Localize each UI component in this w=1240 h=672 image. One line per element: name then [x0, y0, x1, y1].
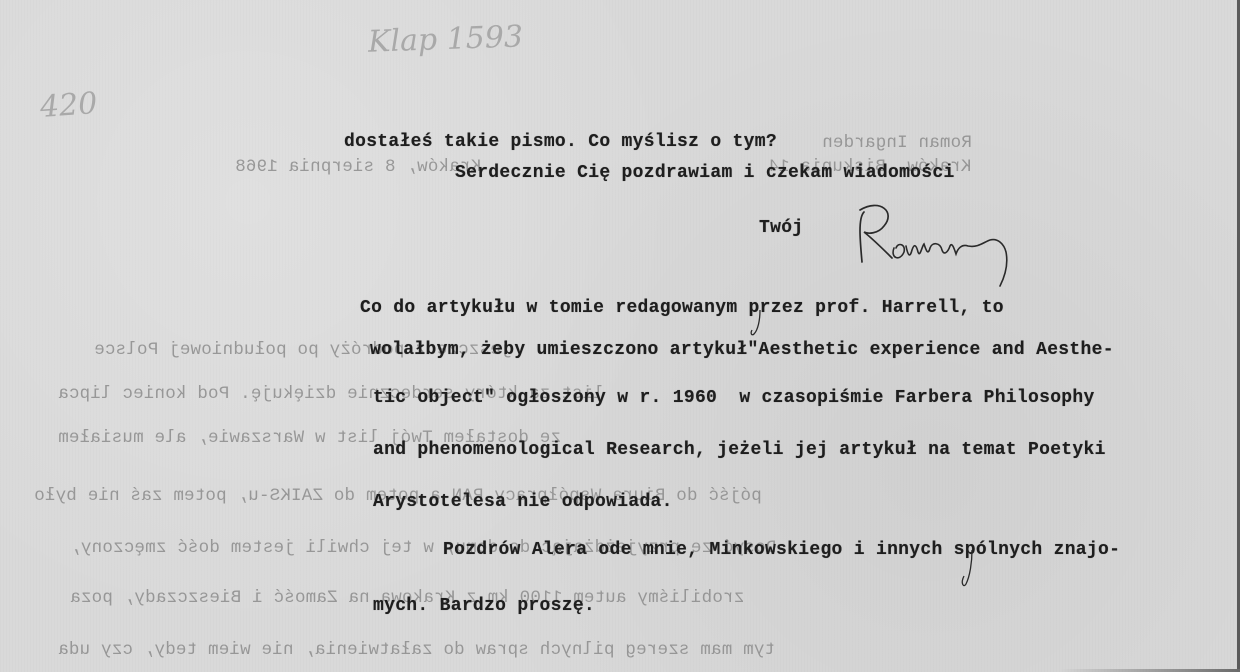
letter-greeting: Serdecznie Cię pozdrawiam i czekam wiado…: [455, 163, 955, 183]
postscript-line: Co do artykułu w tomie redagowanym przez…: [360, 298, 1004, 318]
regards-line: mych. Bardzo proszę.: [373, 596, 595, 616]
postscript-line: and phenomenological Research, jeżeli je…: [373, 440, 1106, 460]
bleed-line: tym mam szereg pilnych spraw do załatwie…: [58, 640, 775, 660]
shelf-mark: Klap 1593: [367, 19, 523, 59]
letter-closing: Twój: [759, 218, 803, 238]
postscript-line: wolałbym, żeby umieszczono artykuł"Aesth…: [370, 340, 1114, 360]
page-number-mark: 420: [39, 86, 99, 125]
handwritten-correction-mark: [958, 548, 980, 588]
bleed-sender-name: Roman Ingarden: [822, 133, 972, 153]
handwritten-correction-mark: [748, 308, 768, 338]
postscript-line: tic object" ogłoszony w r. 1960 w czasop…: [373, 388, 1095, 408]
handwritten-signature: [850, 200, 1030, 290]
letter-line-1: dostałeś takie pismo. Co myślisz o tym?: [344, 132, 777, 152]
postscript-line: Arystotelesa nie odpowiada.: [373, 492, 673, 512]
regards-line: Pozdrów Alera ode mnie, Minkowskiego i i…: [443, 540, 1120, 560]
bleed-date: Kraków, 8 sierpnia 1968: [235, 157, 481, 177]
